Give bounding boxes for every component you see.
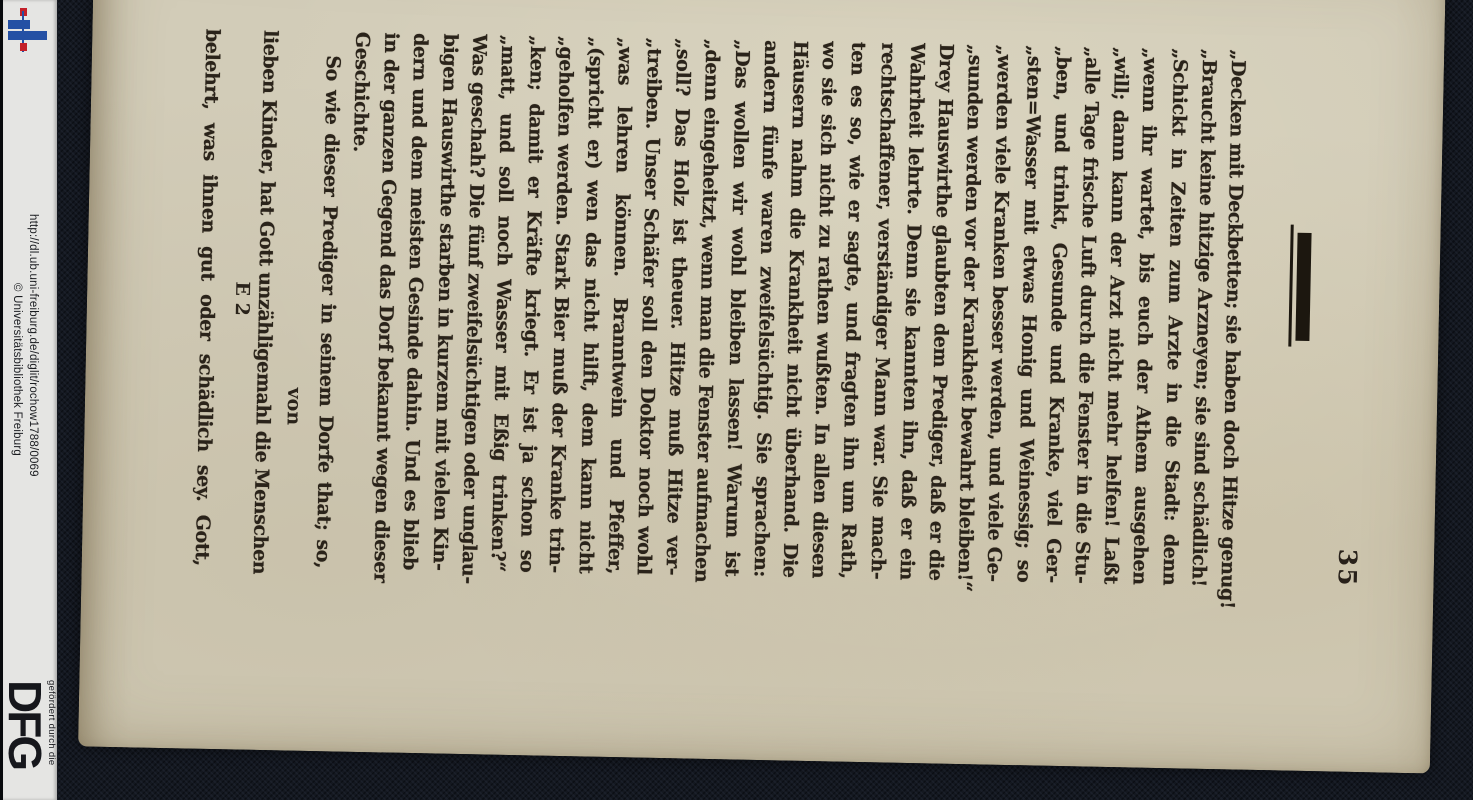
book-page-scan: 35 „Decken mit Deckbetten; sie haben doc… — [78, 0, 1446, 773]
ub-freiburg-logo-icon — [8, 8, 52, 54]
logo-blue-bar-short — [8, 20, 30, 29]
page-line: So wie dieser Prediger in seinem Dorfe t… — [307, 55, 347, 568]
library-frame-sidebar: http://dl.ub.uni-freiburg.de/diglit/roch… — [3, 0, 57, 800]
logo-red-square-bottom — [20, 43, 27, 51]
page-line: belehrt, was ihnen gut oder schädlich se… — [187, 29, 228, 566]
dfg-logo-text: DFG — [4, 680, 45, 798]
dfg-logo: gefördert durch die DFG — [3, 680, 57, 798]
copyright-label: © Universitätsbibliothek Freiburg — [9, 214, 25, 579]
source-url-label: http://dl.ub.uni-freiburg.de/diglit/roch… — [25, 214, 41, 579]
scan-caption: http://dl.ub.uni-freiburg.de/diglit/roch… — [9, 214, 41, 579]
signature-mark: E 2 — [229, 281, 256, 316]
scan-viewer: http://dl.ub.uni-freiburg.de/diglit/roch… — [0, 0, 1473, 800]
logo-blue-bar-long — [8, 31, 47, 40]
catchword: von — [281, 387, 308, 425]
page-line: Geschichte. — [345, 32, 377, 153]
